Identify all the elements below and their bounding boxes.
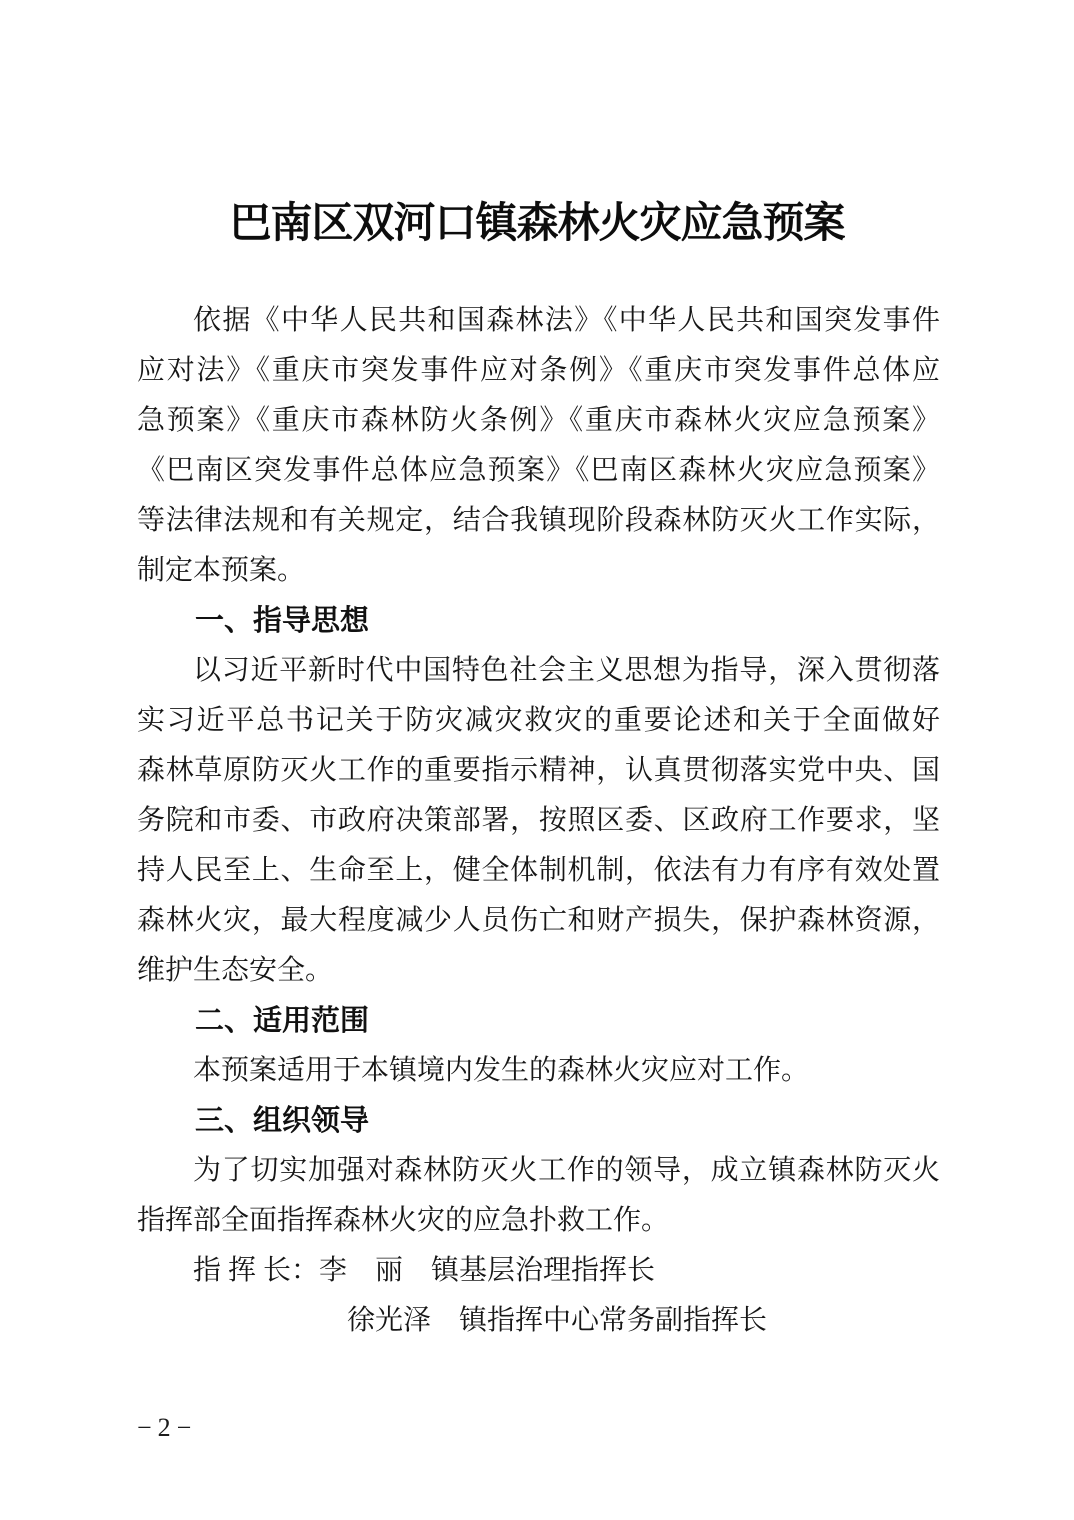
document-page: 巴南区双河口镇森林火灾应急预案 依据《中华人民共和国森林法》《中华人民共和国突发… — [0, 0, 1074, 1520]
document-line: 为了切实加强对森林防灭火工作的领导，成立镇森林防灭火 — [137, 1146, 940, 1196]
document-line: 本预案适用于本镇境内发生的森林火灾应对工作。 — [137, 1046, 940, 1096]
document-line: 以习近平新时代中国特色社会主义思想为指导，深入贯彻落 — [137, 646, 940, 696]
document-line: 维护生态安全。 — [137, 946, 940, 996]
document-line: 制定本预案。 — [137, 546, 940, 596]
document-line: 实习近平总书记关于防灾减灾救灾的重要论述和关于全面做好 — [137, 696, 940, 746]
document-title: 巴南区双河口镇森林火灾应急预案 — [0, 196, 1074, 252]
document-line: 徐光泽 镇指挥中心常务副指挥长 — [137, 1296, 940, 1346]
document-line: 一、指导思想 — [137, 596, 940, 646]
document-line: 《巴南区突发事件总体应急预案》《巴南区森林火灾应急预案》 — [137, 446, 940, 496]
document-line: 二、适用范围 — [137, 996, 940, 1046]
document-line: 森林草原防灭火工作的重要指示精神，认真贯彻落实党中央、国 — [137, 746, 940, 796]
document-line: 务院和市委、市政府决策部署，按照区委、区政府工作要求，坚 — [137, 796, 940, 846]
page-number: −2− — [137, 1408, 197, 1448]
document-line: 指 挥 长：李 丽 镇基层治理指挥长 — [137, 1246, 940, 1296]
document-line: 持人民至上、生命至上，健全体制机制，依法有力有序有效处置 — [137, 846, 940, 896]
document-line: 三、组织领导 — [137, 1096, 940, 1146]
document-body: 依据《中华人民共和国森林法》《中华人民共和国突发事件应对法》《重庆市突发事件应对… — [137, 296, 940, 1346]
document-line: 等法律法规和有关规定，结合我镇现阶段森林防灭火工作实际， — [137, 496, 940, 546]
document-line: 急预案》《重庆市森林防火条例》《重庆市森林火灾应急预案》 — [137, 396, 940, 446]
document-line: 指挥部全面指挥森林火灾的应急扑救工作。 — [137, 1196, 940, 1246]
document-line: 森林火灾，最大程度减少人员伤亡和财产损失，保护森林资源， — [137, 896, 940, 946]
document-line: 依据《中华人民共和国森林法》《中华人民共和国突发事件 — [137, 296, 940, 346]
document-line: 应对法》《重庆市突发事件应对条例》《重庆市突发事件总体应 — [137, 346, 940, 396]
